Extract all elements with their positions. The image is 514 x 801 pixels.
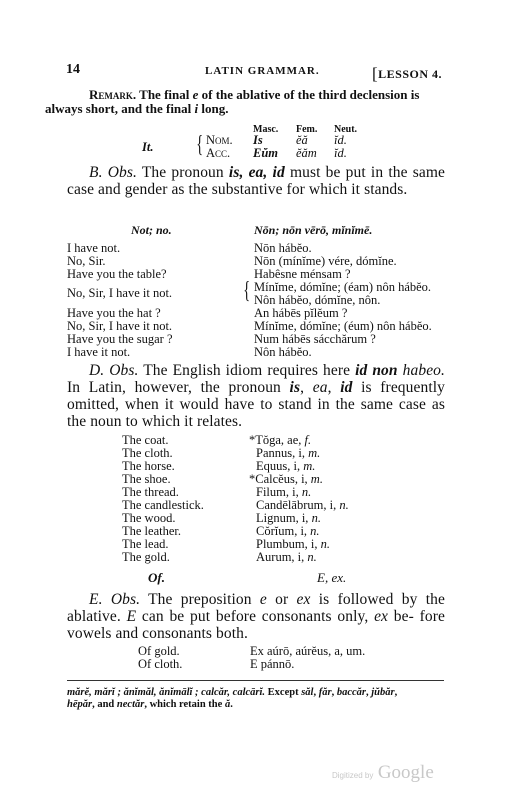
obs-e-paragraph: E. Obs. The preposition e or ex is follo… (67, 591, 445, 642)
of-header-latin: E, ex. (317, 571, 346, 584)
watermark-prefix: Digitized by (332, 771, 373, 780)
vocab-header-latin: Nōn; nōn vērō, mĭnĭmē. (254, 224, 372, 237)
phrase-en: No, Sir, I have it not. (67, 287, 172, 300)
case-acc: Acc. (206, 147, 230, 160)
table-label: It. (142, 141, 153, 154)
acc-neut: ĭd. (334, 147, 347, 160)
vocab-header-english: Not; no. (131, 224, 172, 237)
brace: { (243, 279, 250, 303)
example-la: E pánnō. (250, 658, 294, 671)
brace: { (196, 133, 203, 157)
noun-en: The gold. (122, 551, 170, 564)
lesson-bracket: [ (372, 64, 378, 83)
running-title: LATIN GRAMMAR. (205, 65, 320, 77)
remark-paragraph: Remark. The final e of the ablative of t… (67, 88, 445, 116)
remark-label: Remark. (89, 87, 136, 102)
example-en: Of cloth. (138, 658, 182, 671)
phrase-en: I have it not. (67, 346, 130, 359)
page-number: 14 (66, 62, 80, 78)
digitized-watermark: Digitized by Google (332, 762, 434, 784)
acc-fem: ĕăm (296, 147, 317, 160)
obs-e-label: E. Obs. (89, 591, 140, 608)
acc-masc: Eŭm (253, 147, 278, 160)
obs-d-paragraph: D. Obs. The English idiom requires here … (67, 362, 445, 430)
lesson-label: [LESSON 4. (372, 63, 442, 83)
google-logo: Google (378, 762, 434, 783)
footnote-divider (67, 680, 444, 681)
phrase-la: Nôn hábĕo. (254, 346, 312, 359)
footnote: mărĕ, mărĭ ; ănĭmăl, ănĭmālĭ ; calcăr, c… (67, 687, 447, 711)
obs-b-paragraph: B. Obs. The pronoun is, ea, id must be p… (67, 164, 445, 198)
phrase-en: Have you the table? (67, 268, 167, 281)
lesson-text: LESSON 4. (378, 67, 442, 81)
noun-la: Aurum, i, n. (256, 551, 317, 564)
obs-b-label: B. Obs. (89, 164, 137, 181)
obs-d-label: D. Obs. (89, 362, 139, 379)
of-header-english: Of. (148, 571, 165, 584)
